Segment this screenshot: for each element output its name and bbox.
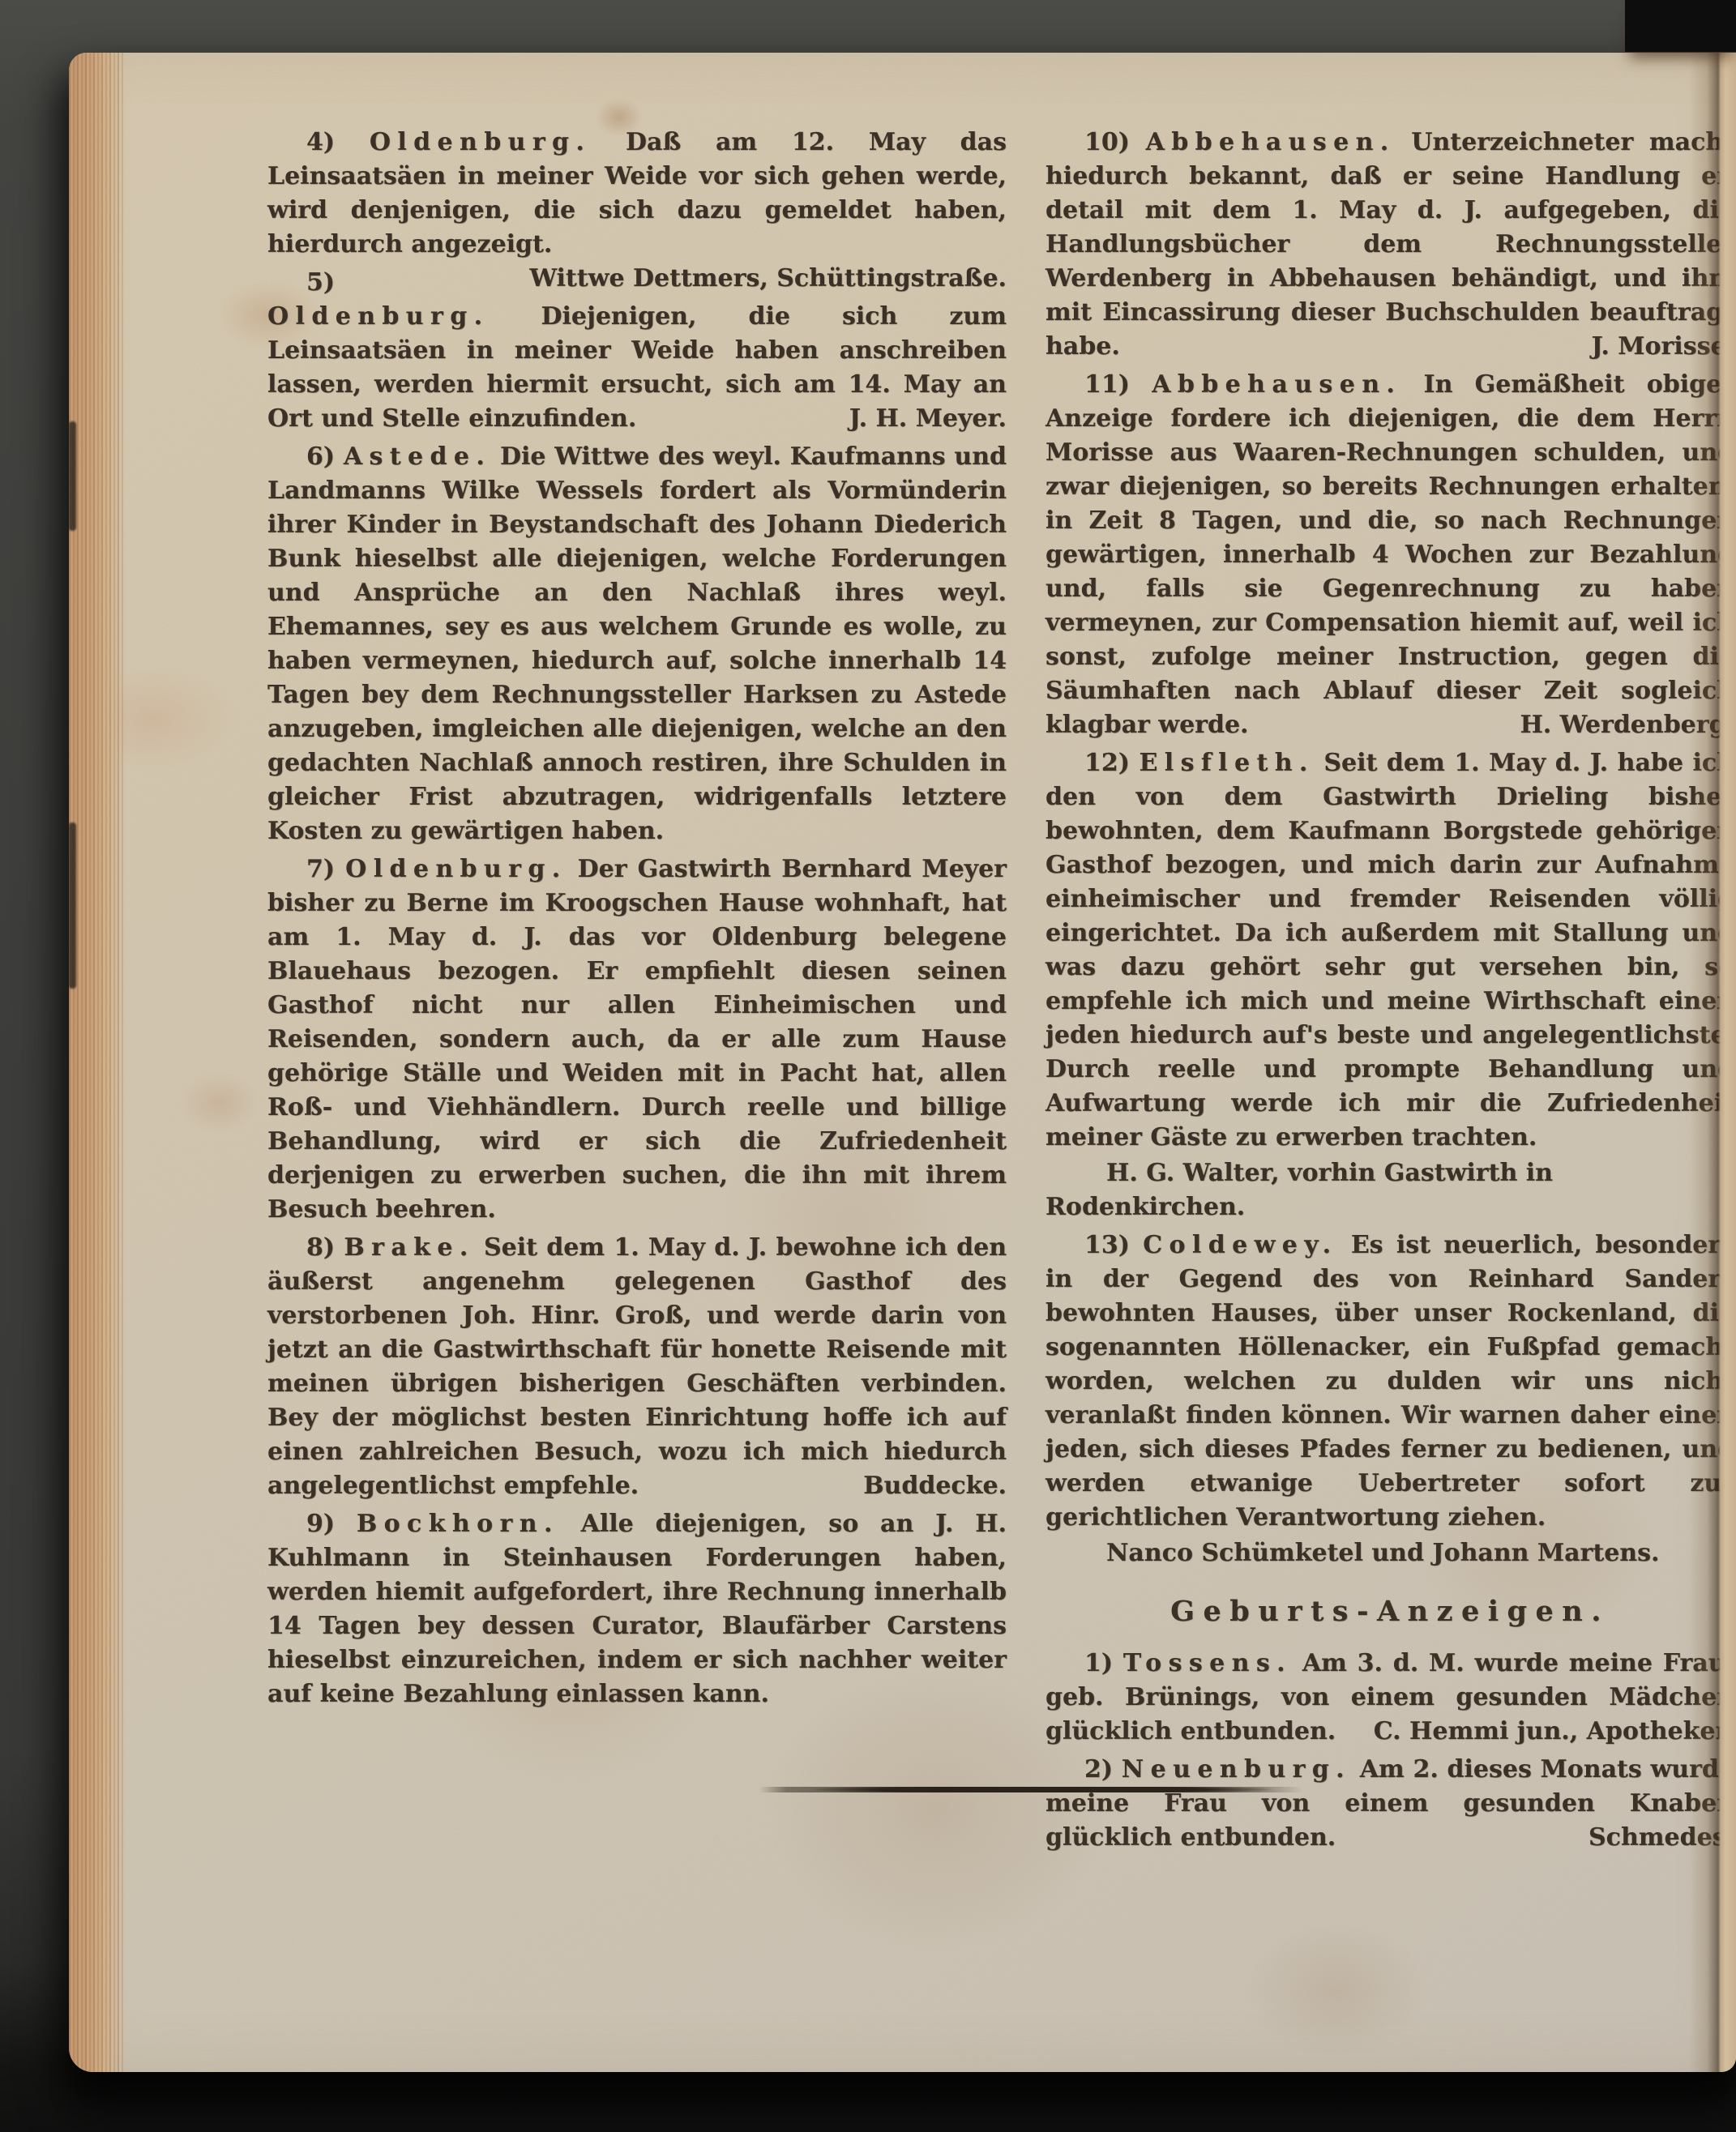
item-number: 7): [306, 855, 335, 883]
item-body: In Gemäßheit obiger Anzeige fordere ich …: [1045, 370, 1734, 739]
item-body: Seit dem 1. May d. J. bewohne ich den äu…: [267, 1233, 1007, 1500]
item-place: Bockhorn.: [357, 1510, 559, 1538]
notice-item: 1) Tossens. Am 3. d. M. wurde meine Frau…: [1045, 1647, 1734, 1749]
births-group: 1) Tossens. Am 3. d. M. wurde meine Frau…: [1045, 1647, 1734, 1855]
item-signature: Wittwe Dettmers, Schüttingstraße.: [529, 262, 1007, 296]
item-place: Tossens.: [1123, 1649, 1292, 1677]
item-place: Astede.: [344, 442, 491, 471]
notice-column-right: 10) Abbehausen. Unterzeichneter macht hi…: [1045, 126, 1734, 1859]
item-place: Coldewey.: [1143, 1231, 1337, 1259]
item-number: 12): [1084, 749, 1130, 777]
item-number: 5): [306, 268, 335, 297]
notice-item: 8) Brake. Seit dem 1. May d. J. bewohne …: [267, 1231, 1007, 1503]
item-signature: H. Werdenberg.: [1520, 708, 1734, 742]
item-body: Die Wittwe des weyl. Kaufmanns und Landm…: [267, 442, 1007, 845]
item-signature: J. H. Meyer.: [849, 402, 1007, 436]
item-number: 2): [1084, 1755, 1113, 1784]
item-signature: C. Hemmi jun., Apotheker.: [1374, 1715, 1734, 1749]
item-body: Alle diejenigen, so an J. H. Kuhlmann in…: [267, 1510, 1007, 1708]
notice-item: 7) Oldenburg. Der Gastwirth Bernhard Mey…: [267, 852, 1007, 1227]
item-signature: J. Morisse.: [1592, 330, 1734, 364]
item-signature: Buddecke.: [863, 1469, 1007, 1503]
item-place: Elsfleth.: [1140, 749, 1315, 777]
item-place: Oldenburg.: [345, 855, 567, 883]
item-number: 9): [306, 1510, 335, 1538]
item-number: 10): [1084, 128, 1130, 156]
notice-item: 10) Abbehausen. Unterzeichneter macht hi…: [1045, 126, 1734, 364]
notice-item: 9) Bockhorn. Alle diejenigen, so an J. H…: [267, 1507, 1007, 1711]
ink-smudge: [69, 421, 76, 531]
ink-smudge: [69, 822, 76, 989]
signature-line: Nanco Schümketel und Johann Martens.: [1045, 1536, 1734, 1570]
item-body: Unterzeichneter macht hiedurch bekannt, …: [1045, 128, 1734, 361]
notice-item: 2) Neuenburg. Am 2. dieses Monats wurde …: [1045, 1753, 1734, 1855]
notice-item: 6) Astede. Die Wittwe des weyl. Kaufmann…: [267, 440, 1007, 848]
item-place: Abbehausen.: [1152, 370, 1401, 399]
item-number: 13): [1084, 1231, 1130, 1259]
item-number: 8): [306, 1233, 335, 1262]
item-signature: Schmedes.: [1588, 1821, 1734, 1855]
notice-item: 12) Elsfleth. Seit dem 1. May d. J. habe…: [1045, 746, 1734, 1224]
item-body: Seit dem 1. May d. J. habe ich den von d…: [1045, 749, 1734, 1151]
black-tab: [1625, 0, 1736, 52]
item-body: Der Gastwirth Bernhard Meyer bisher zu B…: [267, 855, 1007, 1224]
item-number: 1): [1084, 1649, 1113, 1677]
notices-group: 10) Abbehausen. Unterzeichneter macht hi…: [1045, 126, 1734, 1570]
item-number: 6): [306, 442, 335, 471]
notice-column-left: 4) Oldenburg. Daß am 12. May das Leinsaa…: [267, 126, 1007, 1715]
notice-item: 4) Oldenburg. Daß am 12. May das Leinsaa…: [267, 126, 1007, 262]
item-place: Oldenburg.: [370, 128, 591, 156]
notice-item: 11) Abbehausen. In Gemäßheit obiger Anze…: [1045, 368, 1734, 742]
notice-item: 13) Coldewey. Es ist neuerlich, besonder…: [1045, 1228, 1734, 1570]
ink-rule: [759, 1787, 1302, 1792]
item-number: 11): [1084, 370, 1130, 399]
item-body: Es ist neuerlich, besonders in der Gegen…: [1045, 1231, 1734, 1532]
section-heading: Geburts-Anzeigen.: [1045, 1595, 1734, 1629]
item-place: Oldenburg.: [267, 302, 489, 331]
binding-edge: [69, 53, 124, 2072]
page: 4) Oldenburg. Daß am 12. May das Leinsaa…: [69, 53, 1736, 2072]
signature-line: H. G. Walter, vorhin Gastwirth in Rodenk…: [1045, 1156, 1734, 1224]
item-place: Brake.: [344, 1233, 474, 1262]
item-place: Neuenburg.: [1122, 1755, 1351, 1784]
scan-background: 4) Oldenburg. Daß am 12. May das Leinsaa…: [0, 0, 1736, 2132]
item-number: 4): [306, 128, 335, 156]
item-place: Abbehausen.: [1146, 128, 1396, 156]
